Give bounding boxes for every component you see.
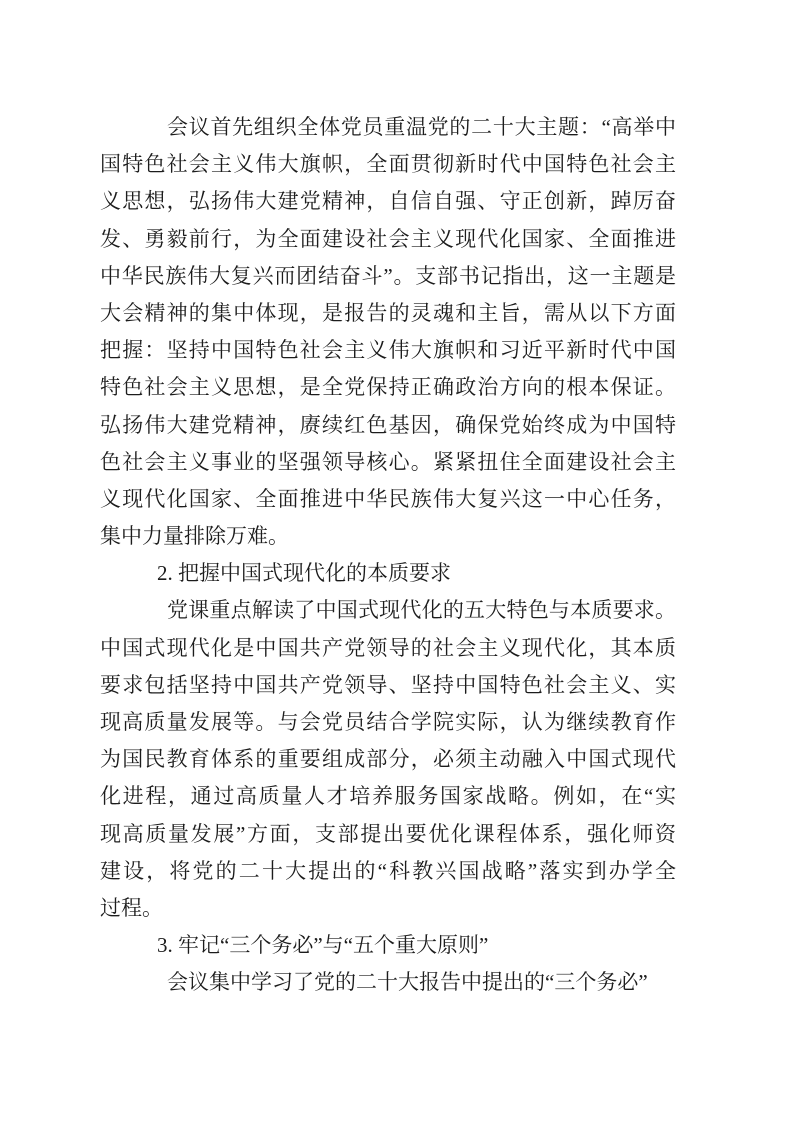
text-line: 要求包括坚持中国共产党领导、坚持中国特色社会主义、实	[100, 667, 676, 704]
text-line: 集中力量排除万难。	[100, 518, 676, 555]
text-line: 化进程，通过高质量人才培养服务国家战略。例如，在“实	[100, 778, 676, 815]
text-line: 会议首先组织全体党员重温党的二十大主题：“高举中	[100, 109, 676, 146]
text-line: 中国式现代化是中国共产党领导的社会主义现代化，其本质	[100, 630, 676, 667]
section-heading: 3. 牢记“三个务必”与“五个重大原则”	[100, 927, 676, 964]
text-line: 大会精神的集中体现，是报告的灵魂和主旨，需从以下方面	[100, 295, 676, 332]
text-line: 弘扬伟大建党精神，赓续红色基因，确保党始终成为中国特	[100, 407, 676, 444]
text-line: 义现代化国家、全面推进中华民族伟大复兴这一中心任务，	[100, 481, 676, 518]
text-line: 特色社会主义思想，是全党保持正确政治方向的根本保证。	[100, 369, 676, 406]
text-line: 会议集中学习了党的二十大报告中提出的“三个务必”	[100, 964, 676, 1001]
text-line: 党课重点解读了中国式现代化的五大特色与本质要求。	[100, 592, 676, 629]
text-line: 色社会主义事业的坚强领导核心。紧紧扭住全面建设社会主	[100, 444, 676, 481]
text-line: 建设，将党的二十大提出的“科教兴国战略”落实到办学全	[100, 853, 676, 890]
text-line: 把握：坚持中国特色社会主义伟大旗帜和习近平新时代中国	[100, 332, 676, 369]
text-line: 中华民族伟大复兴而团结奋斗”。支部书记指出，这一主题是	[100, 258, 676, 295]
text-line: 现高质量发展等。与会党员结合学院实际，认为继续教育作	[100, 704, 676, 741]
section-heading: 2. 把握中国式现代化的本质要求	[100, 555, 676, 592]
text-line: 为国民教育体系的重要组成部分，必须主动融入中国式现代	[100, 741, 676, 778]
text-line: 发、勇毅前行，为全面建设社会主义现代化国家、全面推进	[100, 221, 676, 258]
text-line: 义思想，弘扬伟大建党精神，自信自强、守正创新，踔厉奋	[100, 183, 676, 220]
text-line: 国特色社会主义伟大旗帜，全面贯彻新时代中国特色社会主	[100, 146, 676, 183]
text-line: 现高质量发展”方面，支部提出要优化课程体系，强化师资	[100, 816, 676, 853]
text-line: 过程。	[100, 890, 676, 927]
document-page: 会议首先组织全体党员重温党的二十大主题：“高举中 国特色社会主义伟大旗帜，全面贯…	[0, 0, 794, 1122]
text-block: 会议首先组织全体党员重温党的二十大主题：“高举中 国特色社会主义伟大旗帜，全面贯…	[100, 109, 676, 1002]
